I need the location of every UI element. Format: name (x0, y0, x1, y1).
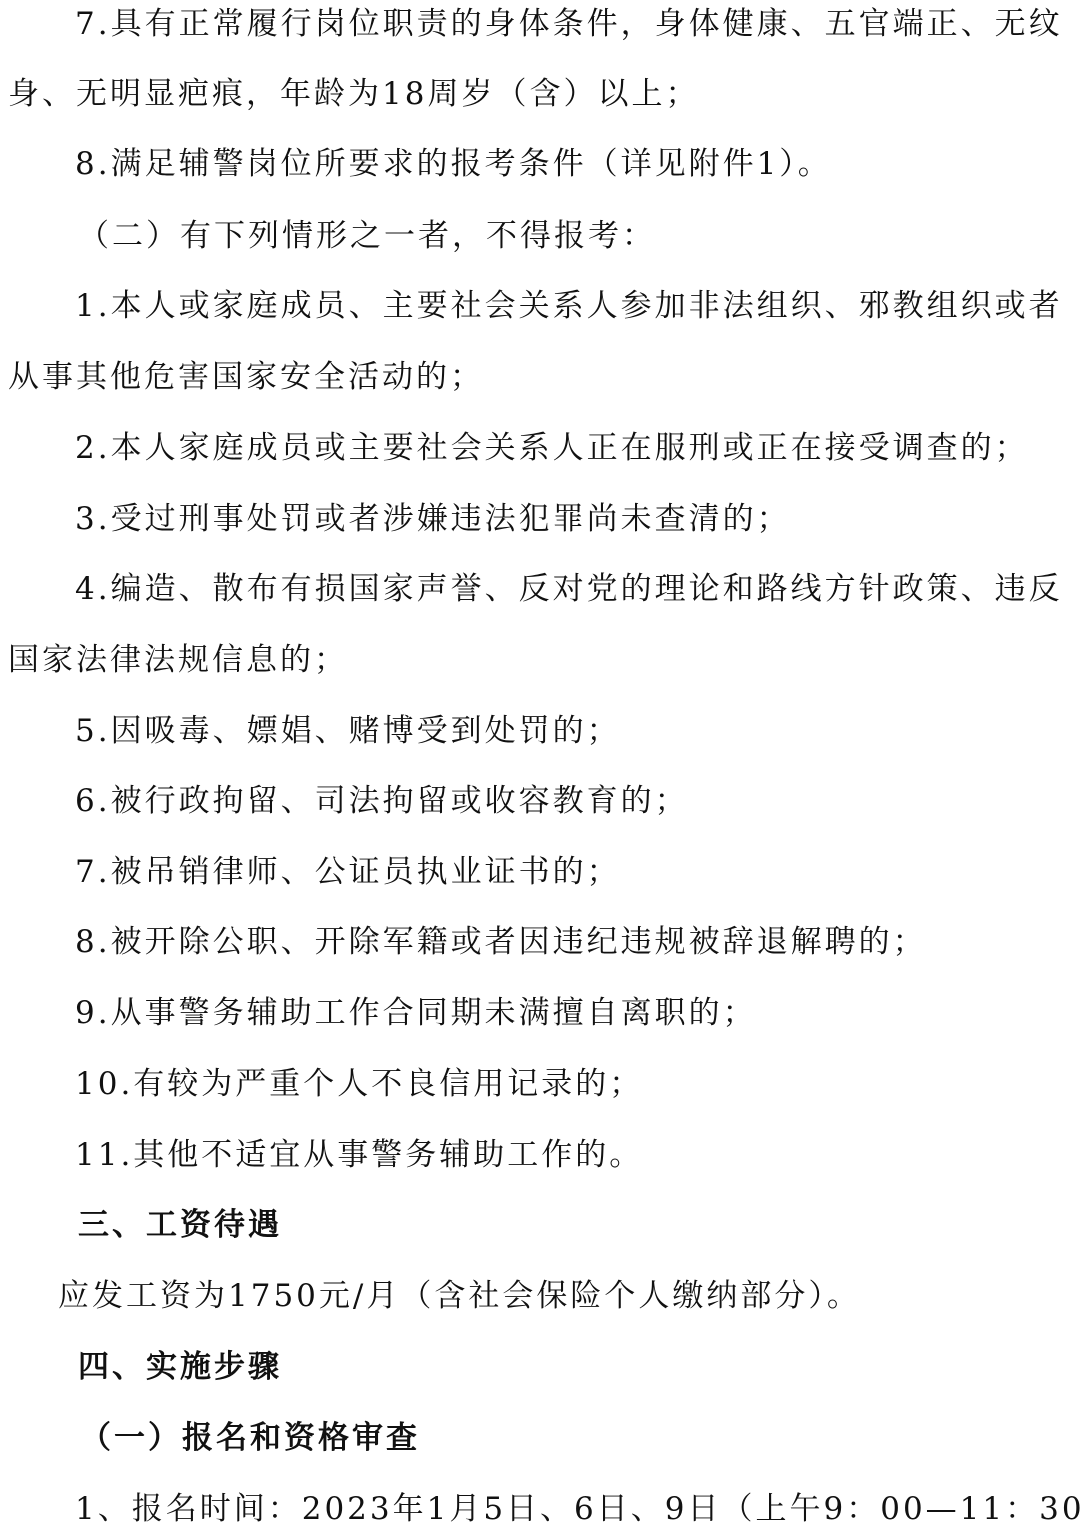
paragraph-line-13: 7.被吊销律师、公证员执业证书的； (75, 852, 621, 892)
subsection-heading-disqualifications: （二）有下列情形之一者，不得报考： (78, 216, 656, 256)
section-heading-steps: 四、实施步骤 (78, 1347, 282, 1387)
paragraph-line-7: 2.本人家庭成员或主要社会关系人正在服刑或正在接受调查的； (75, 428, 1029, 468)
section-heading-salary: 三、工资待遇 (78, 1205, 282, 1245)
paragraph-line-14: 8.被开除公职、开除军籍或者因违纪违规被辞退解聘的； (75, 922, 927, 962)
paragraph-line-11: 5.因吸毒、嫖娼、赌博受到处罚的； (75, 711, 621, 751)
salary-paragraph: 应发工资为1750元/月（含社会保险个人缴纳部分）。 (58, 1276, 861, 1316)
paragraph-line-12: 6.被行政拘留、司法拘留或收容教育的； (75, 781, 689, 821)
paragraph-line-16: 10.有较为严重个人不良信用记录的； (75, 1064, 643, 1104)
paragraph-line-15: 9.从事警务辅助工作合同期未满擅自离职的； (75, 993, 757, 1033)
paragraph-line-1: 7.具有正常履行岗位职责的身体条件，身体健康、五官端正、无纹 (75, 4, 1063, 44)
paragraph-line-6: 从事其他危害国家安全活动的； (8, 357, 484, 397)
paragraph-line-5: 1.本人或家庭成员、主要社会关系人参加非法组织、邪教组织或者 (75, 286, 1063, 326)
paragraph-line-17: 11.其他不适宜从事警务辅助工作的。 (75, 1135, 643, 1175)
paragraph-line-3: 8.满足辅警岗位所要求的报考条件（详见附件1）。 (75, 144, 832, 184)
paragraph-line-2: 身、无明显疤痕，年龄为18周岁（含）以上； (8, 74, 699, 114)
registration-time-line: 1、报名时间：2023年1月5日、6日、9日（上午9：00—11：30、 (75, 1489, 1080, 1529)
paragraph-line-10: 国家法律法规信息的； (8, 640, 348, 680)
subsection-heading-registration: （一）报名和资格审查 (80, 1418, 420, 1458)
paragraph-line-9: 4.编造、散布有损国家声誉、反对党的理论和路线方针政策、违反 (75, 569, 1063, 609)
paragraph-line-8: 3.受过刑事处罚或者涉嫌违法犯罪尚未查清的； (75, 499, 791, 539)
